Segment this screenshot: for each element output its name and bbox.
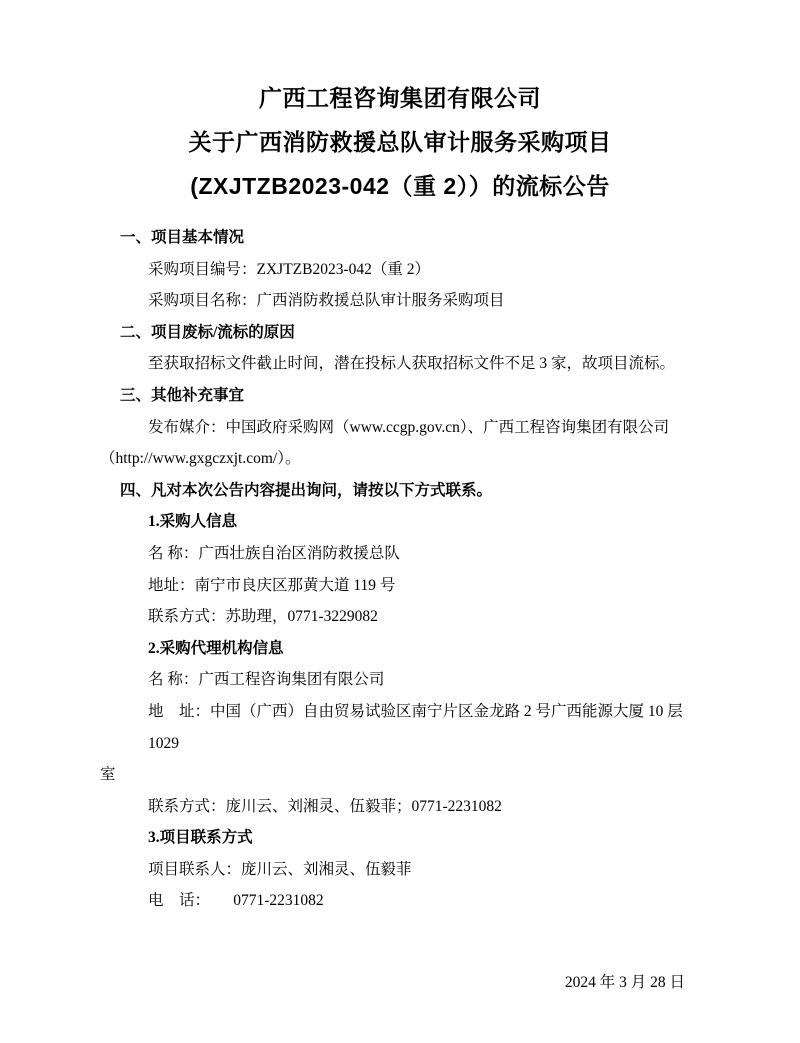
document-date: 2024 年 3 月 28 日 — [100, 967, 700, 999]
subheading-purchaser-info: 1.采购人信息 — [100, 506, 700, 538]
purchaser-contact: 联系方式：苏助理，0771-3229082 — [100, 601, 700, 633]
agency-address-line-2: 室 — [100, 759, 700, 791]
field-project-number: 采购项目编号：ZXJTZB2023-042（重 2） — [100, 254, 700, 286]
agency-address-line-1: 地 址：中国（广西）自由贸易试验区南宁片区金龙路 2 号广西能源大厦 10 层 … — [100, 696, 700, 759]
project-contact-persons: 项目联系人：庞川云、刘湘灵、伍毅菲 — [100, 854, 700, 886]
purchaser-name: 名 称：广西壮族自治区消防救援总队 — [100, 538, 700, 570]
title-line-company: 广西工程咨询集团有限公司 — [100, 76, 700, 120]
publish-media-line-1: 发布媒介：中国政府采购网（www.ccgp.gov.cn）、广西工程咨询集团有限… — [100, 412, 700, 444]
section-heading-supplementary: 三、其他补充事宜 — [100, 380, 700, 412]
title-line-notice: (ZXJTZB2023-042（重 2））的流标公告 — [100, 164, 700, 208]
agency-name: 名 称：广西工程咨询集团有限公司 — [100, 664, 700, 696]
subheading-agency-info: 2.采购代理机构信息 — [100, 633, 700, 665]
document-body: 一、项目基本情况 采购项目编号：ZXJTZB2023-042（重 2） 采购项目… — [100, 222, 700, 917]
title-line-project: 关于广西消防救援总队审计服务采购项目 — [100, 120, 700, 164]
purchaser-address: 地址：南宁市良庆区那黄大道 119 号 — [100, 570, 700, 602]
publish-media-line-2: （http://www.gxgczxjt.com/）。 — [100, 443, 700, 475]
field-project-name: 采购项目名称：广西消防救援总队审计服务采购项目 — [100, 285, 700, 317]
failure-reason-text: 至获取招标文件截止时间，潜在投标人获取招标文件不足 3 家，故项目流标。 — [100, 348, 700, 380]
document-title: 广西工程咨询集团有限公司 关于广西消防救援总队审计服务采购项目 (ZXJTZB2… — [100, 76, 700, 208]
document-page: 广西工程咨询集团有限公司 关于广西消防救援总队审计服务采购项目 (ZXJTZB2… — [0, 0, 800, 1043]
section-heading-contact: 四、凡对本次公告内容提出询问，请按以下方式联系。 — [100, 475, 700, 507]
section-heading-failure-reason: 二、项目废标/流标的原因 — [100, 317, 700, 349]
agency-contact: 联系方式：庞川云、刘湘灵、伍毅菲；0771-2231082 — [100, 791, 700, 823]
subheading-project-contact: 3.项目联系方式 — [100, 822, 700, 854]
section-heading-basic-info: 一、项目基本情况 — [100, 222, 700, 254]
project-contact-phone: 电 话： 0771-2231082 — [100, 885, 700, 917]
